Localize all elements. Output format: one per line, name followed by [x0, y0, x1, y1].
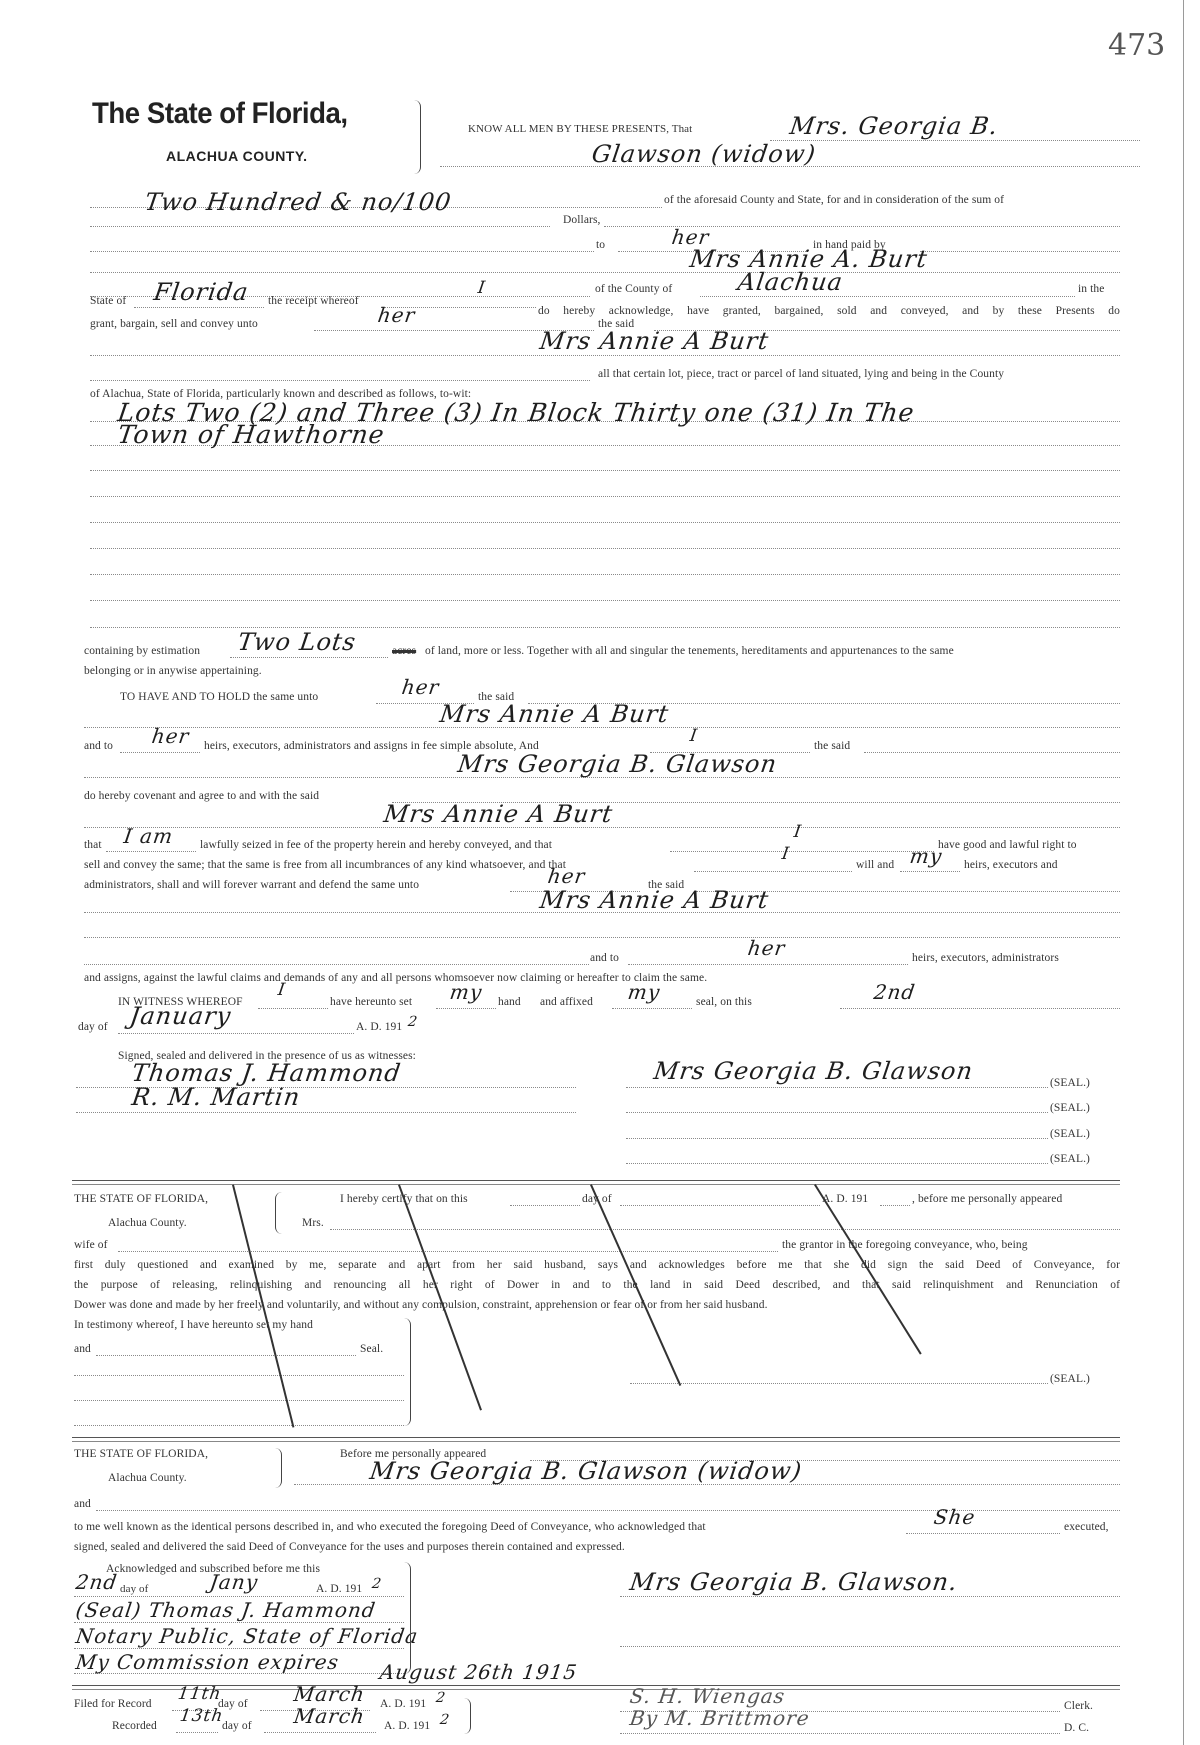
dot-line — [74, 1648, 404, 1649]
affixed-label: and affixed — [540, 996, 593, 1008]
ack-county: Alachua County. — [108, 1472, 187, 1484]
appeared-hw: Mrs Georgia B. Glawson (widow) — [368, 1457, 804, 1485]
dot-line — [620, 1733, 1060, 1734]
and-hw: I — [689, 726, 700, 746]
state-hw: Florida — [152, 278, 251, 306]
grantor-name-hw-2: Glawson (widow) — [590, 140, 818, 168]
and-to-label: and to — [84, 740, 113, 752]
dot-line — [864, 752, 1120, 753]
dot-line — [900, 871, 960, 872]
will-and-label: will and — [856, 859, 894, 871]
dollars-label: Dollars, — [563, 214, 601, 226]
ack-state: THE STATE OF FLORIDA, — [74, 1448, 208, 1460]
dot-line — [670, 851, 934, 852]
dot-line — [76, 1112, 576, 1113]
filed-year-hw: 2 — [435, 1690, 447, 1706]
dower-state: THE STATE OF FLORIDA, — [74, 1193, 208, 1205]
dot-line — [620, 1205, 820, 1206]
grantor-line-1 — [770, 140, 1140, 141]
habendum-unto-hw: her — [400, 675, 441, 699]
defend-hw: her — [546, 864, 587, 888]
in-the-label: in the — [1078, 283, 1104, 295]
grantee-hw: Mrs Annie A Burt — [538, 327, 771, 355]
hand-label: hand — [498, 996, 521, 1008]
recorded-month-hw: March — [292, 1704, 366, 1728]
lawfully-hw: I — [793, 822, 804, 842]
description-hw-2: Town of Hawthorne — [116, 420, 387, 449]
amount-hw: Two Hundred & no/100 — [143, 188, 453, 216]
dot-line — [176, 1732, 218, 1733]
dot-line — [74, 1375, 404, 1376]
clerk-hw: S. H. Wiengas — [628, 1684, 787, 1708]
sell-convey-text: sell and convey the same; that the same … — [84, 859, 566, 871]
dot-line — [90, 380, 590, 381]
ack-signature-hw: Mrs Georgia B. Glawson. — [628, 1568, 960, 1596]
the-said-label: the said — [814, 740, 850, 752]
ack-signed-sealed: signed, sealed and delivered the said De… — [74, 1541, 625, 1553]
notary-hw-1: (Seal) Thomas J. Hammond — [74, 1598, 377, 1622]
covenant-hw: Mrs Annie A Burt — [382, 800, 615, 828]
have-set-text: have hereunto set — [330, 996, 412, 1008]
containing-text: of land, more or less. Together with all… — [425, 645, 954, 657]
containing-label: containing by estimation — [84, 645, 200, 657]
ack-notary-brace — [404, 1562, 411, 1674]
dot-line — [258, 1008, 328, 1009]
dot-line — [230, 657, 388, 658]
heirs-exec-text: heirs, executors and — [964, 859, 1058, 871]
section-divider — [72, 1437, 1120, 1442]
dot-line — [612, 1008, 692, 1009]
ack-brace — [275, 1448, 282, 1488]
dot-line — [626, 1138, 1048, 1139]
acknowledged-hw: She — [932, 1505, 977, 1529]
seal-on-this-label: seal, on this — [696, 996, 752, 1008]
covenant-text: do hereby covenant and agree to and with… — [84, 790, 319, 802]
dot-line — [90, 226, 550, 227]
deed-page: 473 The State of Florida, ALACHUA COUNTY… — [0, 0, 1200, 1745]
dot-line — [134, 307, 264, 308]
dot-line — [84, 937, 1120, 938]
dot-line — [840, 1008, 1120, 1009]
dot-line — [626, 1112, 1048, 1113]
testimony-brace — [404, 1318, 411, 1426]
and-to-hw: her — [150, 724, 191, 748]
to-label: to — [596, 239, 605, 251]
ack-day-hw: 2nd — [74, 1570, 119, 1594]
sell-hw: I — [781, 844, 792, 864]
heirs-exec-admin-text: heirs, executors, administrators — [912, 952, 1059, 964]
dot-line — [330, 1229, 1120, 1230]
estimation-hw: Two Lots — [236, 628, 358, 656]
dot-line — [626, 1163, 1048, 1164]
dot-line — [90, 355, 1120, 356]
state-title: The State of Florida, — [92, 97, 348, 131]
before-me-text: , before me personally appeared — [912, 1193, 1062, 1205]
notary-hw-2: Notary Public, State of Florida — [74, 1624, 420, 1648]
mrs-label: Mrs. — [302, 1217, 324, 1229]
dot-line — [74, 1622, 404, 1623]
dot-line — [90, 574, 1120, 575]
ack-ad: A. D. 191 — [316, 1583, 362, 1595]
header-brace — [414, 100, 421, 174]
dot-line — [74, 1425, 404, 1426]
ack-day-of: day of — [120, 1583, 148, 1595]
ad-label: A. D. 191 — [356, 1021, 402, 1033]
dot-line — [694, 871, 852, 872]
will-hw: my — [908, 844, 944, 868]
know-all-men: KNOW ALL MEN BY THESE PRESENTS, That — [468, 123, 692, 135]
recorded-day-of: day of — [222, 1720, 252, 1732]
section-divider — [72, 1180, 1120, 1185]
dot-line — [90, 496, 1120, 497]
dower-county: Alachua County. — [108, 1217, 187, 1229]
and-to-label-2: and to — [590, 952, 619, 964]
good-right-text: have good and lawful right to — [938, 839, 1077, 851]
well-known-text: to me well known as the identical person… — [74, 1521, 706, 1533]
notary-hw-3: My Commission expires — [74, 1650, 340, 1674]
dot-line — [90, 470, 1120, 471]
dower-line-1: first duly questioned and examined by me… — [74, 1259, 1120, 1271]
administrators-text: administrators, shall and will forever w… — [84, 879, 419, 891]
dc-label: D. C. — [1064, 1722, 1089, 1734]
that-hw: I am — [122, 824, 175, 848]
filed-label: Filed for Record — [74, 1698, 152, 1710]
recorded-label: Recorded — [112, 1720, 157, 1732]
and-to-2-hw: her — [746, 936, 787, 960]
dot-line — [90, 251, 594, 252]
clerk-label: Clerk. — [1064, 1700, 1093, 1712]
executed-label: executed, — [1064, 1521, 1109, 1533]
dower-brace — [275, 1192, 282, 1234]
acknowledge-text: do hereby acknowledge, have granted, bar… — [538, 305, 1120, 317]
testimony-text: In testimony whereof, I have hereunto se… — [74, 1319, 313, 1331]
county-title: ALACHUA COUNTY. — [166, 148, 308, 164]
dot-line — [264, 1732, 376, 1733]
dot-line — [700, 296, 1075, 297]
filed-ad: A. D. 191 — [380, 1698, 426, 1710]
dot-line — [120, 752, 200, 753]
set-hw: my — [448, 980, 484, 1004]
struck-acres: acres — [392, 645, 416, 657]
recorded-ad: A. D. 191 — [384, 1720, 430, 1732]
dot-line — [630, 1383, 1048, 1384]
grantor-signature-hw: Mrs Georgia B. Glawson — [652, 1057, 975, 1085]
page-edge — [1183, 0, 1184, 1745]
dower-seal-label: (SEAL.) — [1050, 1373, 1090, 1385]
county-hw: Alachua — [736, 268, 845, 296]
dot-line — [118, 1251, 778, 1252]
dot-line — [626, 1087, 1048, 1088]
dot-line — [510, 1205, 580, 1206]
dot-line — [906, 1533, 1060, 1534]
dower-ad: A. D. 191 — [822, 1193, 868, 1205]
dot-line — [106, 851, 196, 852]
grantor-in-text: the grantor in the foregoing conveyance,… — [782, 1239, 1028, 1251]
section-divider — [72, 1685, 1120, 1690]
dot-line — [90, 272, 1120, 273]
lawfully-text: lawfully seized in fee of the property h… — [200, 839, 552, 851]
ack-and-label: and — [74, 1498, 91, 1510]
year-hw: 2 — [407, 1014, 419, 1030]
filed-day-hw: 11th — [177, 1684, 223, 1704]
dot-line — [74, 1400, 404, 1401]
dot-line — [90, 522, 1120, 523]
receipt-hw: I — [477, 278, 488, 298]
witness-2-hw: R. M. Martin — [130, 1083, 302, 1111]
consideration-text: of the aforesaid County and State, for a… — [664, 194, 1004, 206]
dot-line — [436, 1008, 496, 1009]
dot-line — [880, 1205, 910, 1206]
month-hw: January — [128, 1002, 233, 1030]
seal-label: Seal. — [360, 1343, 383, 1355]
day-hw: 2nd — [872, 980, 917, 1004]
affixed-hw: my — [626, 980, 662, 1004]
recording-brace — [464, 1698, 471, 1734]
dot-line — [620, 1646, 1120, 1647]
dower-line-2: the purpose of releasing, relinquishing … — [74, 1279, 1120, 1291]
dot-line — [628, 964, 908, 965]
filed-month-hw: March — [292, 1682, 366, 1706]
dower-line-3: Dower was done and made by her freely an… — [74, 1299, 768, 1311]
dot-line — [620, 1596, 1120, 1597]
dc-hw: By M. Brittmore — [628, 1706, 811, 1730]
seal-label-2: (SEAL.) — [1050, 1102, 1090, 1114]
grantor-name-hw-1: Mrs. Georgia B. — [788, 112, 1000, 140]
dot-line — [90, 548, 1120, 549]
appertaining-text: belonging or in anywise appertaining. — [84, 665, 262, 677]
receipt-whereof-label: the receipt whereof — [268, 295, 359, 307]
recorded-year-hw: 2 — [439, 1712, 451, 1728]
dot-line — [90, 600, 1120, 601]
ack-month-hw: Jany — [208, 1570, 259, 1594]
grant-convey-label: grant, bargain, sell and convey unto — [90, 318, 258, 330]
of-county-label: of the County of — [595, 283, 672, 295]
assigns-text: and assigns, against the lawful claims a… — [84, 972, 707, 984]
dot-line — [920, 251, 1120, 252]
seal-label-4: (SEAL.) — [1050, 1153, 1090, 1165]
seal-label-1: (SEAL.) — [1050, 1077, 1090, 1089]
dot-line — [84, 964, 589, 965]
and-label: and — [74, 1343, 91, 1355]
habendum-grantee-hw: Mrs Annie A Burt — [438, 700, 671, 728]
ack-year-hw: 2 — [371, 1576, 383, 1592]
state-of-label: State of — [90, 295, 126, 307]
unto-hw: her — [376, 303, 417, 327]
to-have-text: TO HAVE AND TO HOLD the same unto — [120, 691, 318, 703]
seal-label-3: (SEAL.) — [1050, 1128, 1090, 1140]
recorded-day-hw: 13th — [179, 1706, 225, 1726]
defend-grantee-hw: Mrs Annie A Burt — [538, 886, 771, 914]
dot-line — [96, 1355, 356, 1356]
habendum-grantor-hw: Mrs Georgia B. Glawson — [456, 750, 779, 778]
all-that-text: all that certain lot, piece, tract or pa… — [598, 368, 1004, 380]
page-number: 473 — [1108, 28, 1165, 63]
day-of-label: day of — [78, 1021, 108, 1033]
that-label: that — [84, 839, 102, 851]
dot-line — [74, 1596, 404, 1597]
witness-hw: I — [277, 980, 288, 1000]
dot-line — [118, 1033, 354, 1034]
wife-of-label: wife of — [74, 1239, 108, 1251]
